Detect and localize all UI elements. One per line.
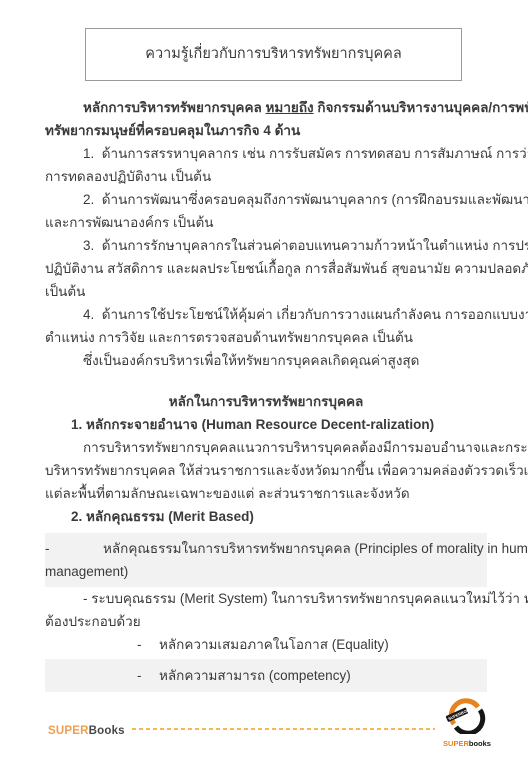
principle-1-line-3: แต่ละพื้นที่ตามลักษณะเฉพาะของแต่ ละส่วนร… [45,482,487,505]
sub-item-competency-text: หลักความสามารถ (competency) [159,668,351,683]
logo-caption: SUPERbooks [443,732,491,755]
missions-summary-line: ซึ่งเป็นองค์กรบริหารเพื่อให้ทรัพยากรบุคค… [45,349,487,372]
dash-bullet: - [137,633,159,656]
mission-2-line-1: 2. ด้านการพัฒนาซึ่งครอบคลุมถึงการพัฒนาบุ… [45,188,487,211]
superbooks-logo: SUPERBOOKS SUPERbooks [442,698,492,755]
mission-1-line-2: การทดลองปฏิบัติงาน เป็นต้น [45,165,487,188]
highlighted-block-competency: -หลักความสามารถ (competency) [45,659,487,692]
page-title: ความรู้เกี่ยวกับการบริหารทรัพยากรบุคคล [145,43,401,66]
intro-line-2: ทรัพยากรมนุษย์ที่ครอบคลุมในภารกิจ 4 ด้าน [45,119,487,142]
document-body: หลักการบริหารทรัพยากรบุคคล หมายถึง กิจกร… [0,96,528,692]
highlighted-block-morality: -หลักคุณธรรมในการบริหารทรัพยากรบุคคล (Pr… [45,533,487,587]
mission-3-line-3: เป็นต้น [45,280,487,303]
intro-line-1-post: กิจกรรมด้านบริหารงานบุคคล/การพนักงาน/บริ… [314,100,528,115]
highlight-line-2: management) [45,560,487,583]
section-heading: หลักในการบริหารทรัพยากรบุคคล [45,390,487,413]
intro-underlined-term: หมายถึง [266,100,314,115]
superbooks-logo-icon: SUPERBOOKS [445,698,489,734]
principle-1-line-1: การบริหารทรัพยากรบุคคลแนวการบริหารบุคคลต… [45,436,487,459]
intro-line-1-pre: หลักการบริหารทรัพยากรบุคคล [83,100,266,115]
merit-system-line-2: ต้องประกอบด้วย [45,610,487,633]
mission-4-line-1: 4. ด้านการใช้ประโยชน์ให้คุ้มค่า เกี่ยวกั… [45,303,487,326]
mission-3-line-2: ปฏิบัติงาน สวัสดิการ และผลประโยชน์เกื้อก… [45,257,487,280]
dash-bullet: - [137,664,159,687]
footer-brand-text: SUPERBooks [48,720,125,743]
mission-3-line-1: 3. ด้านการรักษาบุคลากรในส่วนค่าตอบแทนควา… [45,234,487,257]
sub-item-equality: -หลักความเสมอภาคในโอกาส (Equality) [45,633,487,656]
logo-caption-books: books [469,739,491,748]
intro-line-1: หลักการบริหารทรัพยากรบุคคล หมายถึง กิจกร… [45,96,487,119]
highlight-line-1-text: หลักคุณธรรมในการบริหารทรัพยากรบุคคล (Pri… [103,541,528,556]
mission-1-line-1: 1. ด้านการสรรหาบุคลากร เช่น การรับสมัคร … [45,142,487,165]
highlight-line-1: -หลักคุณธรรมในการบริหารทรัพยากรบุคคล (Pr… [45,537,487,560]
title-box: ความรู้เกี่ยวกับการบริหารทรัพยากรบุคคล [85,28,462,81]
sub-item-equality-text: หลักความเสมอภาคในโอกาส (Equality) [159,637,389,652]
footer-brand-books: Books [89,725,125,737]
merit-system-line-1: - ระบบคุณธรรม (Merit System) ในการบริหาร… [45,587,487,610]
logo-caption-super: SUPER [443,739,469,748]
principle-2-title: 2. หลักคุณธรรม (Merit Based) [45,505,487,528]
principle-1-line-2: บริหารทรัพยากรบุคคล ให้ส่วนราชการและจังห… [45,459,487,482]
document-page: ความรู้เกี่ยวกับการบริหารทรัพยากรบุคคล ห… [0,0,528,763]
page-footer: SUPERBooks SUPERBOOKS SUPERbooks [0,696,528,756]
footer-dashed-divider [132,728,435,730]
mission-2-line-2: และการพัฒนาองค์กร เป็นต้น [45,211,487,234]
mission-4-line-2: ตำแหน่ง การวิจัย และการตรวจสอบด้านทรัพยา… [45,326,487,349]
principle-1-title: 1. หลักกระจายอำนาจ (Human Resource Decen… [45,413,487,436]
footer-brand-super: SUPER [48,725,89,737]
sub-item-competency: -หลักความสามารถ (competency) [45,664,487,687]
dash-bullet: - [45,537,103,560]
